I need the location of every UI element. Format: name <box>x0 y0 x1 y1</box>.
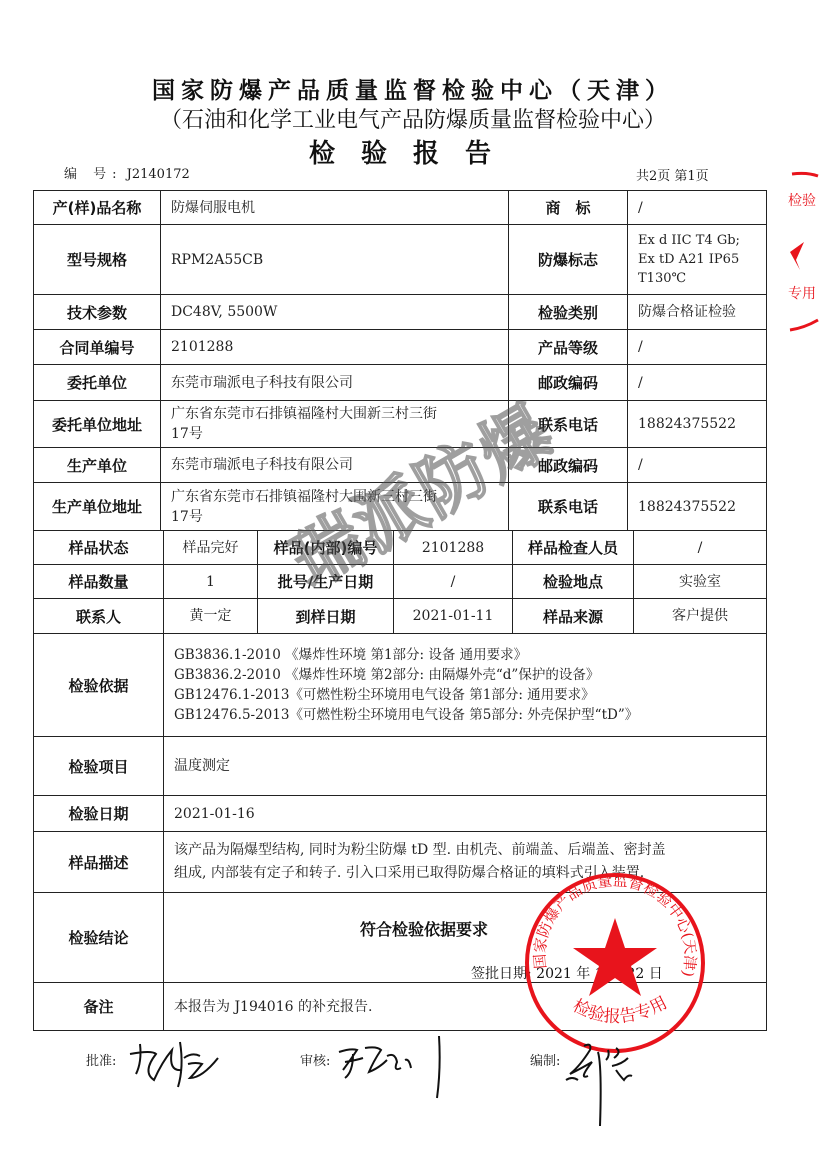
value-manufacturer: 东莞市瑞派电子科技有限公司 <box>161 448 509 483</box>
approver-signature-icon <box>122 1032 222 1092</box>
compile-label: 编制: <box>530 1050 560 1069</box>
label-client-postcode: 邮政编码 <box>509 365 628 401</box>
org-subtitle: （石油和化学工业电气产品防爆质量监督检验中心） <box>0 103 826 134</box>
label-product-grade: 产品等级 <box>509 330 628 365</box>
label-sample-inspector: 样品检查人员 <box>513 531 634 565</box>
report-table: 产(样)品名称 防爆伺服电机 商 标 / 型号规格 RPM2A55CB 防爆标志… <box>33 190 767 1031</box>
label-contact: 联系人 <box>34 599 164 634</box>
label-ex-marking: 防爆标志 <box>509 225 628 295</box>
value-contact: 黄一定 <box>164 599 258 634</box>
value-client: 东莞市瑞派电子科技有限公司 <box>161 365 509 401</box>
basis-item: GB3836.2-2010 《爆炸性环境 第2部分: 由隔爆外壳“d”保护的设备… <box>174 665 599 685</box>
value-sample-status: 样品完好 <box>164 531 258 565</box>
label-sample-desc: 样品描述 <box>34 832 164 893</box>
label-client-address: 委托单位地址 <box>34 401 161 448</box>
review-label: 审核: <box>300 1050 330 1069</box>
value-client-phone: 18824375522 <box>628 401 766 448</box>
value-ex-marking: Ex d IIC T4 Gb; Ex tD A21 IP65 T130℃ <box>628 225 766 295</box>
value-sample-source: 客户提供 <box>634 599 766 634</box>
label-arrival-date: 到样日期 <box>258 599 394 634</box>
value-inspection-date: 2021-01-16 <box>164 796 766 832</box>
reviewer-signature-icon <box>335 1032 455 1102</box>
basis-list: GB3836.1-2010 《爆炸性环境 第1部分: 设备 通用要求》 GB38… <box>164 634 766 737</box>
value-client-postcode: / <box>628 365 766 401</box>
basis-item: GB3836.1-2010 《爆炸性环境 第1部分: 设备 通用要求》 <box>174 645 527 665</box>
label-manufacturer: 生产单位 <box>34 448 161 483</box>
value-arrival-date: 2021-01-11 <box>394 599 513 634</box>
value-inspection-location: 实验室 <box>634 565 766 599</box>
value-contract-no: 2101288 <box>161 330 509 365</box>
value-sample-inspector: / <box>634 531 766 565</box>
label-manufacturer-postcode: 邮政编码 <box>509 448 628 483</box>
value-product-grade: / <box>628 330 766 365</box>
label-manufacturer-phone: 联系电话 <box>509 483 628 531</box>
value-batch-no: / <box>394 565 513 599</box>
label-remark: 备注 <box>34 983 164 1030</box>
org-title: 国家防爆产品质量监督检验中心（天津） <box>0 72 826 105</box>
value-sample-desc: 该产品为隔爆型结构, 同时为粉尘防爆 tD 型. 由机壳、前端盖、后端盖、密封盖… <box>164 832 766 893</box>
value-tech-params: DC48V, 5500W <box>161 295 509 330</box>
label-inspection-item: 检验项目 <box>34 737 164 796</box>
label-sample-status: 样品状态 <box>34 531 164 565</box>
label-contract-no: 合同单编号 <box>34 330 161 365</box>
value-manufacturer-address: 广东省东莞市石排镇福隆村大围新三村三街 17号 <box>161 483 509 531</box>
label-trademark: 商 标 <box>509 191 628 225</box>
label-client: 委托单位 <box>34 365 161 401</box>
label-batch-no: 批号/生产日期 <box>258 565 394 599</box>
value-model: RPM2A55CB <box>161 225 509 295</box>
report-number-label: 编 号: <box>64 167 123 182</box>
approve-label: 批准: <box>86 1050 116 1069</box>
value-product-name: 防爆伺服电机 <box>161 191 509 225</box>
label-inspection-date: 检验日期 <box>34 796 164 832</box>
label-inspection-location: 检验地点 <box>513 565 634 599</box>
value-inspection-type: 防爆合格证检验 <box>628 295 766 330</box>
label-tech-params: 技术参数 <box>34 295 161 330</box>
label-sample-internal-no: 样品(内部)编号 <box>258 531 394 565</box>
value-remark: 本报告为 J194016 的补充报告. <box>164 983 766 1030</box>
label-manufacturer-address: 生产单位地址 <box>34 483 161 531</box>
label-basis: 检验依据 <box>34 634 164 737</box>
label-model: 型号规格 <box>34 225 161 295</box>
value-manufacturer-postcode: / <box>628 448 766 483</box>
label-inspection-type: 检验类别 <box>509 295 628 330</box>
value-client-address: 广东省东莞市石排镇福隆村大围新三村三街 17号 <box>161 401 509 448</box>
svg-text:检验: 检验 <box>788 192 816 209</box>
conclusion-value: 符合检验依据要求 <box>360 917 488 940</box>
value-sample-internal-no: 2101288 <box>394 531 513 565</box>
page-info: 共2页 第1页 <box>636 165 709 184</box>
label-conclusion: 检验结论 <box>34 893 164 983</box>
value-sample-qty: 1 <box>164 565 258 599</box>
report-number: 编 号: J2140172 <box>64 163 190 182</box>
approve-date: 签批日期: 2021 年 1 月 22 日 <box>471 963 663 983</box>
label-client-phone: 联系电话 <box>509 401 628 448</box>
svg-text:专用: 专用 <box>788 286 816 302</box>
compiler-signature-icon <box>562 1036 672 1126</box>
value-manufacturer-phone: 18824375522 <box>628 483 766 531</box>
label-product-name: 产(样)品名称 <box>34 191 161 225</box>
basis-item: GB12476.1-2013《可燃性粉尘环境用电气设备 第1部分: 通用要求》 <box>174 685 595 705</box>
seam-seal-fragment-icon: 检验 专用 <box>782 170 826 340</box>
label-sample-source: 样品来源 <box>513 599 634 634</box>
report-number-value: J2140172 <box>127 167 190 182</box>
value-inspection-item: 温度测定 <box>164 737 766 796</box>
label-sample-qty: 样品数量 <box>34 565 164 599</box>
value-trademark: / <box>628 191 766 225</box>
basis-item: GB12476.5-2013《可燃性粉尘环境用电气设备 第5部分: 外壳保护型“… <box>174 705 638 725</box>
